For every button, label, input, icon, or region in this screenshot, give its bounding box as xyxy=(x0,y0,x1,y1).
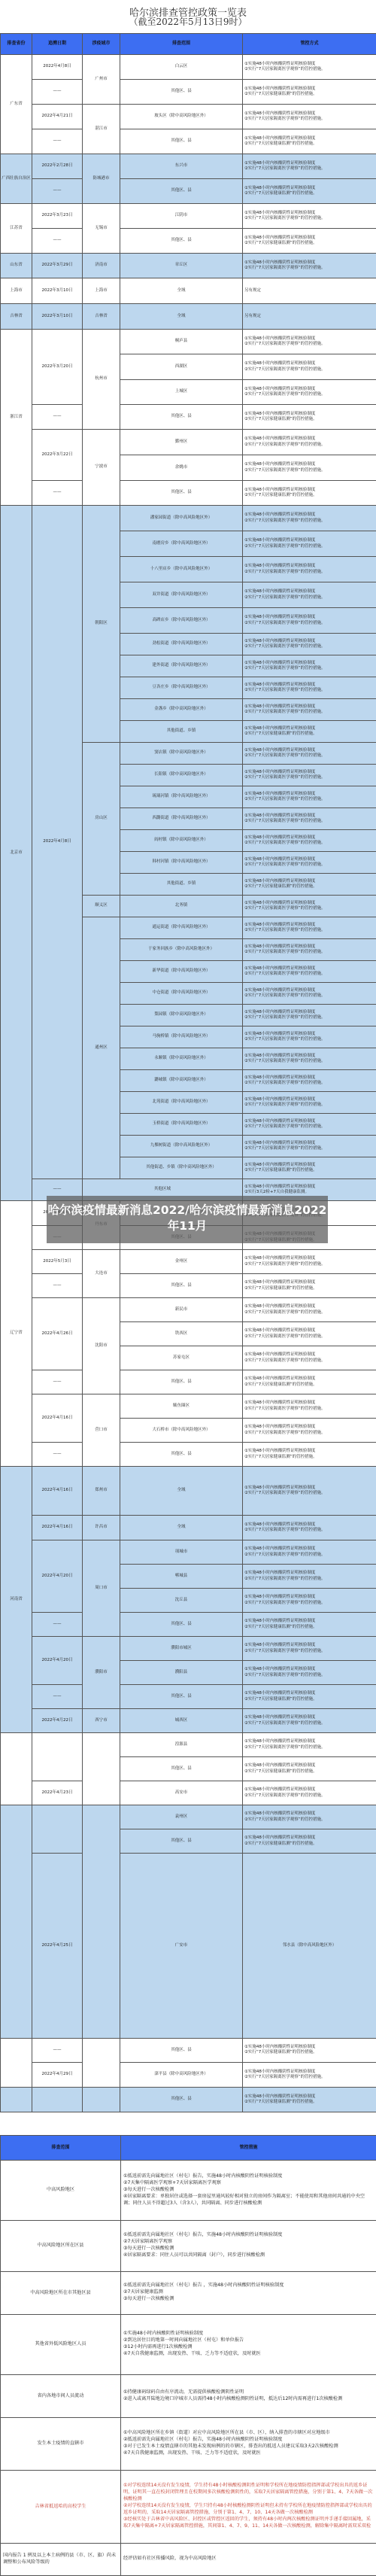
measure-cell: ①实施48小时内核酸阴性证明核验制度 ②实行“7天居家隔离医学观察”的管控措施。 xyxy=(243,677,376,699)
measure-cell: ①实施48小时内核酸阴性证明核验制度 ②实行“7天居家健康监测”的管控措施。 xyxy=(243,2087,376,2112)
table-row: ——其他区、县①实施48小时内核酸阴性证明核验制度 ②实行“7天居家健康监测”的… xyxy=(1,481,376,506)
province-cell xyxy=(1,1805,32,2039)
date-cell: 2022年4月23日 xyxy=(32,1781,83,1805)
scope-cell: 豆各庄乡（除中高风险地区外） xyxy=(120,677,243,699)
scope-cell: 大石桥市（除中高风险地区外） xyxy=(120,1419,243,1443)
measure-cell: ①实施48小时内核酸阴性证明核验制度 ②实行“7天居家隔离医学观察”的管控措施。 xyxy=(243,455,376,481)
scope-cell: 其他区、县 xyxy=(120,1757,243,1781)
table-row: ——其他区、县①实施48小时内核酸阴性证明核验制度 ②实行“7天居家健康监测”的… xyxy=(1,229,376,254)
province-cell xyxy=(1,2038,32,2087)
measure-cell: ①实施48小时内核酸阴性证明核验制度 ②实行“7天居家隔离医学观察”的管控措施。 xyxy=(243,1565,376,1589)
measure-cell: ①实施48小时内核酸阴性证明核验制度 ②到达居住目的地第一时间向属地社区（村屯）… xyxy=(121,2314,376,2374)
measure-cell: ①实施48小时内核酸阴性证明核验制度 ②实行“7天居家健康监测”的管控措施。 xyxy=(243,1757,376,1781)
table-row: 吉林省抵返哈的高校学生①对学校连续14天没有发生疫情，学生持有48小时核酸检测阴… xyxy=(1,2470,376,2543)
measure-cell: ①实施48小时内核酸阴性证明核验制度 ②实行“7天居家隔离医学观察”的管控措施。 xyxy=(243,380,376,405)
scope-cell: 余姚市 xyxy=(120,455,243,481)
measure-cell: ①实施48小时内核酸阴性证明核验制度 ②实行“7天居家隔离医学观察”的管控措施。 xyxy=(243,1136,376,1157)
scope-cell: 滦平县（除中高风险地区外） xyxy=(120,2062,243,2087)
scope-cell: 于家务回族乡（除中高风险地区外） xyxy=(120,939,243,961)
table-row: 2022年4月23日高安市①实施48小时内核酸阴性证明核验制度 ②实行“7天居家… xyxy=(1,1781,376,1805)
table-row: 吉林省2022年3月10日吉林省全域另有规定 xyxy=(1,304,376,330)
measure-cell: ①实施48小时内核酸阴性证明核验制度 ②实行“7天居家隔离医学观察”的管控措施。 xyxy=(243,939,376,961)
scope-cell: 坡头区（除中高风险地区外） xyxy=(120,105,243,129)
city-cell: 朝阳区 xyxy=(83,506,120,743)
scope-cell: 沈丘县 xyxy=(120,1589,243,1613)
scope-cell: 琉璃河镇（除中高风险地区外） xyxy=(120,786,243,808)
city-cell: 房山区 xyxy=(83,743,120,896)
city-policy-table: 排查省份 追溯日期 涉疫城市 排查范围 管控方式 广东省2022年4月8日广州市… xyxy=(0,33,376,2112)
measure-cell: ①实施48小时内核酸阴性证明核验制度 ②实行“7天居家隔离医学观察”的管控措施。 xyxy=(243,655,376,677)
province-cell: 北京市 xyxy=(1,506,32,1201)
scope-cell: 南磨房乡（除中高风险地区外） xyxy=(120,531,243,557)
measure-cell: ①实施48小时内核酸阴性证明核验制度 ②实行“7天居家隔离医学观察”的管控措施。 xyxy=(243,55,376,80)
scope-cell: 中高风险地区所在市其他区县 xyxy=(1,2271,121,2314)
date-cell: 2022年3月29日 xyxy=(32,254,83,278)
measure-cell: ①实施48小时内核酸阴性证明核验制度 ②实行“7天居家隔离医学观察”的管控措施。 xyxy=(243,896,376,917)
measure-cell: ①实施48小时内核酸阴性证明核验制度 ②实行“7天居家健康监测”的管控措施。 xyxy=(243,129,376,154)
table-row: ——其他区、县①实施48小时内核酸阴性证明核验制度 ②实行“7天居家健康监测”的… xyxy=(1,179,376,204)
city-cell: 顺义区 xyxy=(83,896,120,917)
table-row: 2022年4月20日濮阳市濮阳市城区①实施48小时内核酸阴性证明核验制度 ②实行… xyxy=(1,1637,376,1661)
scope-cell: 江阴市 xyxy=(120,204,243,229)
date-cell: 2022年4月8日 xyxy=(32,506,83,1179)
scope-cell: 金州区 xyxy=(120,1250,243,1274)
table-row: 2022年4月22日西宁市城西区①实施48小时内核酸阴性证明核验制度 ②实行“7… xyxy=(1,1709,376,1733)
measure-cell: ①中高风险地区所在乡镇（街道）对应中高风险地区所在县（市、区），纳入排查的市辖区… xyxy=(121,2417,376,2470)
measure-cell: ①实施48小时内核酸阴性证明核验制度 ②实行“7天居家隔离医学观察”的管控措施。 xyxy=(243,830,376,852)
scope-cell: 高碑店乡（除中高风险地区外） xyxy=(120,608,243,634)
measure-cell: ①实施48小时内核酸阴性证明核验制度 ②实行“7天居家隔离医学观察”的管控措施。 xyxy=(243,1516,376,1540)
table-row: 广东省2022年4月8日广州市白云区①实施48小时内核酸阴性证明核验制度 ②实行… xyxy=(1,55,376,80)
measure-cell: ①实施48小时内核酸阴性证明核验制度 ②实行“7天居家隔离医学观察”的管控措施。 xyxy=(243,1026,376,1048)
measure-cell: ①实施48小时内核酸阴性证明核验制度 ②实行“7天居家健康监测”的管控措施。 xyxy=(243,1829,376,1854)
measure-cell: ①实施48小时内核酸阴性证明核验制度 ②实行“7天居家隔离医学观察”的管控措施。 xyxy=(243,254,376,278)
measure-cell: ①实施48小时内核酸阴性证明核验制度 ②实行“7天居家隔离医学观察”的管控措施。 xyxy=(243,105,376,129)
scope-cell: 湟源县 xyxy=(120,1733,243,1757)
scope-cell: 双井街道（除中高风险地区外） xyxy=(120,582,243,608)
measure-cell: ①实施48小时内核酸阴性证明核验制度 ②实行“7天居家隔离医学观察”的管控措施。 xyxy=(243,204,376,229)
scope-cell: 十八里店乡（除中高风险地区外） xyxy=(120,557,243,582)
header-scope: 排查范围 xyxy=(1,2135,121,2160)
date-cell: 2022年3月23日 xyxy=(32,204,83,229)
date-cell: 2022年4月26日 xyxy=(32,1298,83,1370)
measure-cell: ①实施48小时内核酸阴性证明核验制度 ②实行“7天居家健康监测”的管控措施。 xyxy=(243,481,376,506)
measure-cell: ①实施48小时内核酸阴性证明核验制度 ②实行“7天居家隔离医学观察”的管控措施。 xyxy=(243,1467,376,1516)
scope-cell: 吉林省抵返哈的高校学生 xyxy=(1,2470,121,2543)
measure-cell: ①抵返前需先向属地社区（村屯）报告，实施48小时内核酸阴性证明核验制度 ②7天居… xyxy=(121,2220,376,2271)
measure-cell: ①实施48小时内核酸阴性证明核验制度 ②实行“7天居家隔离医学观察”的管控措施。 xyxy=(243,330,376,354)
measure-cell: 另有规定 xyxy=(243,278,376,304)
scope-cell: 新华街道（除中高风险地区外） xyxy=(120,961,243,983)
measure-cell: ①对学校连续14天没有发生疫情，学生持有48小时核酸检测阴性证明和学校所在地疫情… xyxy=(121,2470,376,2543)
city-cell xyxy=(83,2087,120,2112)
table-row: 河南省2022年4月16日郑州市全域①实施48小时内核酸阴性证明核验制度 ②实行… xyxy=(1,1467,376,1516)
date-cell: —— xyxy=(32,129,83,154)
measure-cell: ①实施48小时内核酸阴性证明核验制度 ②实行“7天居家隔离医学观察”的管控措施。 xyxy=(243,582,376,608)
measure-cell: ①实施48小时内核酸阴性证明核验制度 ②实行“7天居家健康监测”的管控措施。 xyxy=(243,874,376,896)
measure-cell: ①实施48小时内核酸阴性证明核验制度 ②实行“7天居家健康监测”的管控措施。 xyxy=(243,1157,376,1179)
general-policy-table: 排查范围 管控措施 中高风险地区①抵返前需先向属地社区（村屯）报告，实施48小时… xyxy=(0,2135,376,2576)
measure-cell: ①实施48小时内核酸阴性证明核验制度 ②实行“7天居家隔离医学观察”的管控措施。 xyxy=(243,531,376,557)
header-date: 追溯日期 xyxy=(32,34,83,55)
scope-cell: 其他区、县 xyxy=(120,1443,243,1467)
scope-cell: 韩村河镇（除中高风险地区外） xyxy=(120,852,243,874)
measure-cell: ①实施48小时内核酸阴性证明核验制度 ②实行“7天居家隔离医学观察”的管控措施。 xyxy=(243,557,376,582)
table-row: 其他区、县①实施48小时内核酸阴性证明核验制度 ②实行“7天居家健康监测”的管控… xyxy=(1,2087,376,2112)
date-cell: —— xyxy=(32,179,83,204)
measure-cell: ①实施48小时内核酸阴性证明核验制度 ②实行“7天居家健康监测”的管控措施。 xyxy=(243,1370,376,1394)
city-cell: 吉林省 xyxy=(83,304,120,330)
city-cell xyxy=(83,1805,120,2039)
table-header-row: 排查范围 管控措施 xyxy=(1,2135,376,2160)
measure-cell: ①实施48小时内核酸阴性证明核验制度 ②实行“7天居家隔离医学观察”的管控措施。 xyxy=(243,699,376,721)
city-cell: 沈阳市 xyxy=(83,1298,120,1394)
scope-cell: 梨园镇（除中高风险地区外） xyxy=(120,1005,243,1026)
measure-cell: ①实施48小时内核酸阴性证明核验制度 ②实行“7天居家健康监测”的管控措施。 xyxy=(243,2038,376,2062)
scope-cell: 高安市 xyxy=(120,1781,243,1805)
scope-cell: 鄞州区 xyxy=(120,430,243,455)
scope-cell: 中高风险地区 xyxy=(1,2160,121,2220)
scope-cell: 其他区、县 xyxy=(120,2038,243,2062)
header-measure: 管控措施 xyxy=(121,2135,376,2160)
scope-cell: 全域 xyxy=(120,1516,243,1540)
measure-cell: ①实施48小时内核酸阴性证明核验制度 ②实行“7天居家健康监测”的管控措施。 xyxy=(243,229,376,254)
scope-cell: 其他省外低风险地区人员 xyxy=(1,2314,121,2374)
table-row: ——其他区、县①实施48小时内核酸阴性证明核验制度 ②实行“7天居家健康监测”的… xyxy=(1,405,376,430)
date-cell xyxy=(32,2087,83,2112)
measure-cell: ①实施48小时内核酸阴性证明核验制度 ②实行“7天居家隔离医学观察”的管控措施。 xyxy=(243,1250,376,1274)
date-cell: —— xyxy=(32,1685,83,1709)
scope-cell: 其他区、县 xyxy=(120,1613,243,1637)
city-cell xyxy=(83,1733,120,1805)
measure-cell: ①实施48小时内核酸阴性证明核验制度 ②实行“7天居家隔离医学观察”的管控措施。 xyxy=(243,354,376,380)
city-cell: 大连市 xyxy=(83,1250,120,1298)
scope-cell: 永顺镇（除中高风险地区外） xyxy=(120,1048,243,1070)
scope-cell: 全域 xyxy=(120,304,243,330)
table-row: 省内各地市间人员流动①持健康码绿码自由有序流动，无需提供核酸检测阴性证明 ②进入… xyxy=(1,2374,376,2417)
city-cell: 濮阳市 xyxy=(83,1637,120,1709)
measure-cell: 经评估如有社区传播风险，视为中高风险地区 xyxy=(121,2543,376,2575)
table-row: 湟源县①实施48小时内核酸阴性证明核验制度 ②实行“7天居家隔离医学观察”的管控… xyxy=(1,1733,376,1757)
scope-cell: 玉桥街道（除中高风险地区外） xyxy=(120,1114,243,1136)
city-cell: 广州市 xyxy=(83,55,120,105)
scope-cell: 其他区、县 xyxy=(120,1829,243,1854)
date-cell: 2022年4月16日 xyxy=(32,1394,83,1443)
scope-cell: 其他区、县 xyxy=(120,229,243,254)
scope-cell: 章丘区 xyxy=(120,254,243,278)
date-cell: 2022年2月28日 xyxy=(32,154,83,179)
scope-cell: 国内报告 1 例及以上本土病例的县（市、区、旗）尚未调整和公布风险等级的 xyxy=(1,2543,121,2575)
province-cell: 广东省 xyxy=(1,55,32,154)
date-cell: —— xyxy=(32,1370,83,1394)
date-cell: —— xyxy=(32,2038,83,2062)
table-row: 2022年3月22日宁波市鄞州区①实施48小时内核酸阴性证明核验制度 ②实行“7… xyxy=(1,430,376,455)
measure-cell: ①实施48小时内核酸阴性证明核验制度 ②实行“7天居家隔离医学观察”的管控措施。 xyxy=(243,765,376,786)
measure-cell: ①实施48小时内核酸阴性证明核验制度 ②实行“7天居家隔离医学观察”的管控措施。 xyxy=(243,1394,376,1419)
date-cell xyxy=(32,1733,83,1781)
city-cell: 杭州市 xyxy=(83,330,120,430)
table-row: 2022年4月20日周口市项城市①实施48小时内核酸阴性证明核验制度 ②实行“7… xyxy=(1,1540,376,1565)
scope-cell: 桐庐县 xyxy=(120,330,243,354)
scope-cell: 郸城县 xyxy=(120,1565,243,1589)
measure-cell: ①实施48小时内核酸阴性证明核验制度 ②实行“7天居家隔离医学观察”的管控措施。 xyxy=(243,2062,376,2087)
scope-cell: 省内各地市间人员流动 xyxy=(1,2374,121,2417)
measure-cell: ①实施48小时内核酸阴性证明核验制度 ②实行“7天居家健康监测”的管控措施。 xyxy=(243,1613,376,1637)
measure-cell: ①实施48小时内核酸阴性证明核验制度 ②实行“7天居家隔离医学观察”的管控措施。 xyxy=(243,1114,376,1136)
scope-cell: 劲松街道（除中高风险地区外） xyxy=(120,634,243,655)
scope-cell: 长阳镇（除中高风险地区外） xyxy=(120,765,243,786)
scope-cell: 其他街道、乡镇（除中高风险地区外） xyxy=(120,1157,243,1179)
measure-cell: ①实施48小时内核酸阴性证明核验制度 ②实行“7天居家隔离医学观察”的管控措施。 xyxy=(243,1709,376,1733)
measure-cell: ①实施48小时内核酸阴性证明核验制度 ②实行“7天居家隔离医学观察”的管控措施。 xyxy=(243,1070,376,1092)
measure-cell: ①实施48小时内核酸阴性证明核验制度 ②实行“7天居家健康监测”的管控措施。 xyxy=(243,405,376,430)
province-cell: 山东省 xyxy=(1,254,32,278)
scope-cell: 金盏乡（除中高风险地区外） xyxy=(120,699,243,721)
scope-cell: 其他区、县 xyxy=(120,2087,243,2112)
page-title: 哈尔滨排查管控政策一览表 xyxy=(0,0,376,17)
measure-cell: ①持健康码绿码自由有序流动，无需提供核酸检测阴性证明 ②进入或离开陆地边境口岸城… xyxy=(121,2374,376,2417)
table-row: 广西壮族自治区2022年2月28日防城港市东兴市①实施48小时内核酸阴性证明核验… xyxy=(1,154,376,179)
measure-cell: ①实施48小时内核酸阴性证明核验制度 ②实行“7天居家健康监测”的管控措施。 xyxy=(243,1443,376,1467)
measure-cell: ①实施48小时内核酸阴性证明核验制度 ②实行“7天居家隔离医学观察”的管控措施。 xyxy=(243,154,376,179)
measure-cell: ①抵返前需先向属地社区（村屯）报告 ，实施48小时内核酸阴性证明核验制度 ②7天… xyxy=(121,2271,376,2314)
date-cell: —— xyxy=(32,80,83,105)
table-row: ——其他区、县①实施48小时内核酸阴性证明核验制度 ②实行“7天居家健康监测”的… xyxy=(1,1370,376,1394)
city-cell: 湛江市 xyxy=(83,105,120,154)
measure-cell: ①实施48小时内核酸阴性证明核验制度 ②实行“7天居家隔离医学观察”的管控措施。 xyxy=(243,1005,376,1026)
scope-cell: 全域 xyxy=(120,278,243,304)
date-cell: 2022年4月29日 xyxy=(32,2062,83,2087)
scope-cell: 其他街道、乡镇 xyxy=(120,874,243,896)
table-row: 2022年4月16日许昌市全域①实施48小时内核酸阴性证明核验制度 ②实行“7天… xyxy=(1,1516,376,1540)
date-cell: 2022年4月25日 xyxy=(32,1854,83,2039)
table-row: 2022年4月29日滦平县（除中高风险地区外）①实施48小时内核酸阴性证明核验制… xyxy=(1,2062,376,2087)
scope-cell: 新民市 xyxy=(120,1298,243,1322)
measure-cell: ①实施48小时内核酸阴性证明核验制度 ②实行“7天居家隔离医学观察”的管控措施。 xyxy=(243,1540,376,1565)
scope-cell: 其他街道、乡镇 xyxy=(120,721,243,743)
scope-cell: 西潞街道（除中高风险地区外） xyxy=(120,808,243,830)
measure-cell: ①实施48小时内核酸阴性证明核验制度 ②实行“7天居家隔离医学观察”的管控措施。 xyxy=(243,1092,376,1114)
date-cell: 2022年3月10日 xyxy=(32,278,83,304)
page-subtitle: （截至2022年5月13日9时） xyxy=(0,17,376,27)
scope-cell: 中仓街道（除中高风险地区外） xyxy=(120,983,243,1005)
scope-cell: 濮阳市城区 xyxy=(120,1637,243,1661)
header-measure: 管控方式 xyxy=(243,34,376,55)
date-cell: 2022年4月16日 xyxy=(32,1467,83,1516)
city-cell: 济南市 xyxy=(83,254,120,278)
measure-cell: ①实施48小时内核酸阴性证明核验制度 ②实行“7天居家隔离医学观察”的管控措施。 xyxy=(243,1322,376,1346)
scope-cell: 其他区、县 xyxy=(120,80,243,105)
table-row: 2022年4月25日广安市邻水县（除中高风险地区外）①实施48小时内核酸阴性证明… xyxy=(1,1854,376,2039)
date-cell: 2022年3月22日 xyxy=(32,430,83,481)
city-cell: 周口市 xyxy=(83,1540,120,1637)
city-cell: 郑州市 xyxy=(83,1467,120,1516)
scope-cell: 上城区 xyxy=(120,380,243,405)
scope-cell: 西湖区 xyxy=(120,354,243,380)
scope-cell: 窦店镇（除中高风险地区外） xyxy=(120,743,243,765)
city-cell: 上海市 xyxy=(83,278,120,304)
table-row: 北京市2022年4月8日朝阳区潘家园街道（除中高风险地区外）①实施48小时内核酸… xyxy=(1,506,376,531)
table-row: 2022年4月21日湛江市坡头区（除中高风险地区外）①实施48小时内核酸阴性证明… xyxy=(1,105,376,129)
city-cell: 许昌市 xyxy=(83,1516,120,1540)
measure-cell: ①实施48小时内核酸阴性证明核验制度 ②实行“7天居家隔离医学观察”的管控措施。 xyxy=(243,852,376,874)
table-row: ——其他区、县①实施48小时内核酸阴性证明核验制度 ②实行“7天居家健康监测”的… xyxy=(1,1443,376,1467)
measure-cell: ①实施48小时内核酸阴性证明核验制度 ②实行“7天居家隔离医学观察”的管控措施。 xyxy=(243,506,376,531)
measure-cell: ①实施48小时内核酸阴性证明核验制度 ②实行“7天居家隔离医学观察”的管控措施。 xyxy=(243,1661,376,1685)
scope-cell: 其他区、县 xyxy=(120,405,243,430)
city-cell: 广安市 xyxy=(120,1854,243,2039)
city-cell: 防城港市 xyxy=(83,154,120,204)
scope-cell: 潞城镇（除中高风险地区外） xyxy=(120,1070,243,1092)
measure-cell: ①实施48小时内核酸阴性证明核验制度 ②实行“7天居家隔离医学观察”的管控措施。 xyxy=(243,1298,376,1322)
scope-cell: 东兴市 xyxy=(120,154,243,179)
scope-cell: 项城市 xyxy=(120,1540,243,1565)
date-cell: 2022年4月16日 xyxy=(32,1516,83,1540)
measure-cell: ①实施48小时内核酸阴性证明核验制度 ②实行“7天居家隔离医学观察”的管控措施。 xyxy=(243,1346,376,1370)
scope-cell: 其他区、县 xyxy=(120,129,243,154)
table-row: 江苏省2022年3月23日无锡市江阴市①实施48小时内核酸阴性证明核验制度 ②实… xyxy=(1,204,376,229)
measure-cell: ①实施48小时内核酸阴性证明核验制度 ②实行“7天居家隔离医学观察”的管控措施。 xyxy=(243,430,376,455)
measure-cell: ①实施48小时内核酸阴性证明核验制度 ②实行“7天居家隔离医学观察”的管控措施。 xyxy=(243,917,376,939)
table-row: 其他省外低风险地区人员①实施48小时内核酸阴性证明核验制度 ②到达居住目的地第一… xyxy=(1,2314,376,2374)
table-row: 袁州区①实施48小时内核酸阴性证明核验制度 ②实行“7天居家隔离医学观察”的管控… xyxy=(1,1805,376,1829)
city-cell: 通州区 xyxy=(83,917,120,1179)
measure-cell: ①实施48小时内核酸阴性证明核验制度 ②实行“7天居家隔离医学观察”的管控措施。 xyxy=(243,1733,376,1757)
date-cell: —— xyxy=(32,229,83,254)
measure-cell: ①实施48小时内核酸阴性证明核验制度 ②实行“7天居家隔离医学观察”的管控措施。 xyxy=(243,1637,376,1661)
measure-cell: ①实施48小时内核酸阴性证明核验制度 ②实行“7天居家隔离医学观察”的管控措施。 xyxy=(243,1781,376,1805)
table-row: 国内报告 1 例及以上本土病例的县（市、区、旗）尚未调整和公布风险等级的经评估如… xyxy=(1,2543,376,2575)
table-row: ——其他区、县①实施48小时内核酸阴性证明核验制度 ②实行“7天居家健康监测”的… xyxy=(1,1274,376,1298)
date-cell: —— xyxy=(32,1274,83,1298)
measure-cell: ①实施48小时内核酸阴性证明核验制度 ②实行“7天居家隔离医学观察”的管控措施。 xyxy=(243,1805,376,1829)
scope-cell: 北务镇 xyxy=(120,896,243,917)
city-cell: 西宁市 xyxy=(83,1709,120,1733)
scope-cell: 濮阳县 xyxy=(120,1661,243,1685)
scope-cell: 通运街道（除中高风险地区外） xyxy=(120,917,243,939)
table-header-row: 排查省份 追溯日期 涉疫城市 排查范围 管控方式 xyxy=(1,34,376,55)
date-cell: 2022年3月10日 xyxy=(32,304,83,330)
watermark-banner: 哈尔滨疫情最新消息2022/哈尔滨疫情最新消息2022年11月 xyxy=(47,1196,328,1243)
scope-cell: 其他区、县 xyxy=(120,1370,243,1394)
measure-cell: ①实施48小时内核酸阴性证明核验制度 ②实行“7天居家隔离医学观察”的管控措施。 xyxy=(243,961,376,983)
date-cell xyxy=(32,1805,83,1854)
date-cell: 2022年5月3日 xyxy=(32,1250,83,1274)
measure-cell: ①实施48小时内核酸阴性证明核验制度 ②实行“7天居家隔离医学观察”的管控措施。 xyxy=(243,1419,376,1443)
scope-cell: 其他区、县 xyxy=(120,481,243,506)
header-scope: 排查范围 xyxy=(120,34,243,55)
city-cell: 无锡市 xyxy=(83,204,120,254)
province-cell: 吉林省 xyxy=(1,304,32,330)
date-cell: 2022年4月20日 xyxy=(32,1540,83,1613)
scope-cell: 建外街道（除中高风险地区外） xyxy=(120,655,243,677)
measure-cell: ①实施48小时内核酸阴性证明核验制度 ②实行“7天居家健康监测”的管控措施。 xyxy=(243,1274,376,1298)
table-row: 中高风险地区所在区县①抵返前需先向属地社区（村屯）报告，实施48小时内核酸阴性证… xyxy=(1,2220,376,2271)
table-row: ——其他区、县①实施48小时内核酸阴性证明核验制度 ②实行“7天居家健康监测”的… xyxy=(1,2038,376,2062)
scope-cell: 铁西区 xyxy=(120,1322,243,1346)
measure-cell: ①实施48小时内核酸阴性证明核验制度 ②实行“7天居家隔离医学观察”的管控措施。 xyxy=(243,983,376,1005)
table-row: 中高风险地区所在市其他区县①抵返前需先向属地社区（村屯）报告 ，实施48小时内核… xyxy=(1,2271,376,2314)
date-cell: —— xyxy=(32,481,83,506)
province-cell: 河南省 xyxy=(1,1467,32,1733)
scope-cell: 其他区、县 xyxy=(120,1274,243,1298)
measure-cell: ①实施48小时内核酸阴性证明核验制度 ②实行“7天居家隔离医学观察”的管控措施。 xyxy=(243,743,376,765)
table-row: ——其他区、县①实施48小时内核酸阴性证明核验制度 ②实行“7天居家健康监测”的… xyxy=(1,1613,376,1637)
province-cell: 广西壮族自治区 xyxy=(1,154,32,204)
measure-cell: ①实施48小时内核酸阴性证明核验制度 ②实行“7天居家健康监测”的管控措施。 xyxy=(243,1685,376,1709)
scope-cell: 九棵树街道（除中高风险地区外） xyxy=(120,1136,243,1157)
city-cell xyxy=(83,2038,120,2087)
measure-cell: ①实施48小时内核酸阴性证明核验制度 ②实行“7天居家隔离医学观察”的管控措施。 xyxy=(243,786,376,808)
scope-cell: 发生本土疫情的直辖市 xyxy=(1,2417,121,2470)
scope-cell: 潘家园街道（除中高风险地区外） xyxy=(120,506,243,531)
scope-cell: 北苑街道（除中高风险地区外） xyxy=(120,1092,243,1114)
measure-cell: ①实施48小时内核酸阴性证明核验制度 ②实行“7天居家隔离医学观察”的管控措施。 xyxy=(243,634,376,655)
scope-cell: 其他区、县 xyxy=(120,179,243,204)
date-cell: —— xyxy=(32,1613,83,1637)
table-row: 中高风险地区①抵返前需先向属地社区（村屯）报告，实施48小时内核酸阴性证明核验制… xyxy=(1,2160,376,2220)
city-cell: 营口市 xyxy=(83,1394,120,1467)
measure-cell: ①实施48小时内核酸阴性证明核验制度 ②实行“7天居家健康监测”的管控措施。 xyxy=(243,721,376,743)
date-cell: —— xyxy=(32,405,83,430)
table-row: 山东省2022年3月29日济南市章丘区①实施48小时内核酸阴性证明核验制度 ②实… xyxy=(1,254,376,278)
scope-cell: 中高风险地区所在区县 xyxy=(1,2220,121,2271)
header-city: 涉疫城市 xyxy=(83,34,120,55)
province-cell xyxy=(1,2087,32,2112)
province-cell: 辽宁省 xyxy=(1,1201,32,1467)
scope-cell: 苏家屯区 xyxy=(120,1346,243,1370)
table-row: ——其他区、县①实施48小时内核酸阴性证明核验制度 ②实行“7天居家健康监测”的… xyxy=(1,129,376,154)
scope-cell: 阎村镇（除中高风险地区外） xyxy=(120,830,243,852)
province-cell: 浙江省 xyxy=(1,330,32,506)
scope-cell: 其他区、县 xyxy=(120,1685,243,1709)
measure-cell: 另有规定 xyxy=(243,304,376,330)
measure-cell: ①实施48小时内核酸阴性证明核验制度 ②实行“7天居家隔离医学观察”的管控措施。 xyxy=(243,1589,376,1613)
measure-cell: ①实施48小时内核酸阴性证明核验制度 ②实行“7天居家隔离医学观察”的管控措施。 xyxy=(243,808,376,830)
scope-cell: 马驹桥镇（除中高风险地区外） xyxy=(120,1026,243,1048)
table-row: ——其他区、县①实施48小时内核酸阴性证明核验制度 ②实行“7天居家健康监测”的… xyxy=(1,80,376,105)
date-cell: 2022年4月21日 xyxy=(32,105,83,129)
scope-cell: 鲅鱼圈区 xyxy=(120,1394,243,1419)
province-cell: 江苏省 xyxy=(1,204,32,254)
date-cell: —— xyxy=(32,1443,83,1467)
date-cell: 2022年4月20日 xyxy=(32,1637,83,1685)
province-cell: 上海市 xyxy=(1,278,32,304)
measure-cell: ①实施48小时内核酸阴性证明核验制度 ②实行“7天居家健康监测”的管控措施。 xyxy=(243,80,376,105)
scope-cell: 全域 xyxy=(120,1467,243,1516)
table-row: 2022年5月3日大连市金州区①实施48小时内核酸阴性证明核验制度 ②实行“7天… xyxy=(1,1250,376,1274)
measure-cell: ①实施48小时内核酸阴性证明核验制度 ②实行“7天居家健康监测”的管控措施。 xyxy=(243,179,376,204)
province-cell xyxy=(1,1733,32,1805)
scope-cell: 白云区 xyxy=(120,55,243,80)
header-province: 排查省份 xyxy=(1,34,32,55)
table-row: 浙江省2022年3月20日杭州市桐庐县①实施48小时内核酸阴性证明核验制度 ②实… xyxy=(1,330,376,354)
date-cell: 2022年4月8日 xyxy=(32,55,83,80)
scope-cell: 袁州区 xyxy=(120,1805,243,1829)
table-row: 上海市2022年3月10日上海市全域另有规定 xyxy=(1,278,376,304)
table-row: 发生本土疫情的直辖市①中高风险地区所在乡镇（街道）对应中高风险地区所在县（市、区… xyxy=(1,2417,376,2470)
city-cell: 宁波市 xyxy=(83,430,120,506)
scope-cell: 城西区 xyxy=(120,1709,243,1733)
measure-cell: ①抵返前需先向属地社区（村屯）报告，实施48小时内核酸阴性证明核验制度 ②7天集… xyxy=(121,2160,376,2220)
measure-cell: ①实施48小时内核酸阴性证明核验制度 ②实行“7天居家隔离医学观察”的管控措施。 xyxy=(243,608,376,634)
scope-cell: 邻水县（除中高风险地区外） xyxy=(243,1854,376,2039)
date-cell: 2022年3月20日 xyxy=(32,330,83,405)
table-row: 2022年4月26日沈阳市新民市①实施48小时内核酸阴性证明核验制度 ②实行“7… xyxy=(1,1298,376,1322)
date-cell: 2022年4月22日 xyxy=(32,1709,83,1733)
table-row: ——其他区、县①实施48小时内核酸阴性证明核验制度 ②实行“7天居家健康监测”的… xyxy=(1,1685,376,1709)
measure-cell: ①实施48小时内核酸阴性证明核验制度 ②实行“7天居家隔离医学观察”的管控措施。 xyxy=(243,1048,376,1070)
